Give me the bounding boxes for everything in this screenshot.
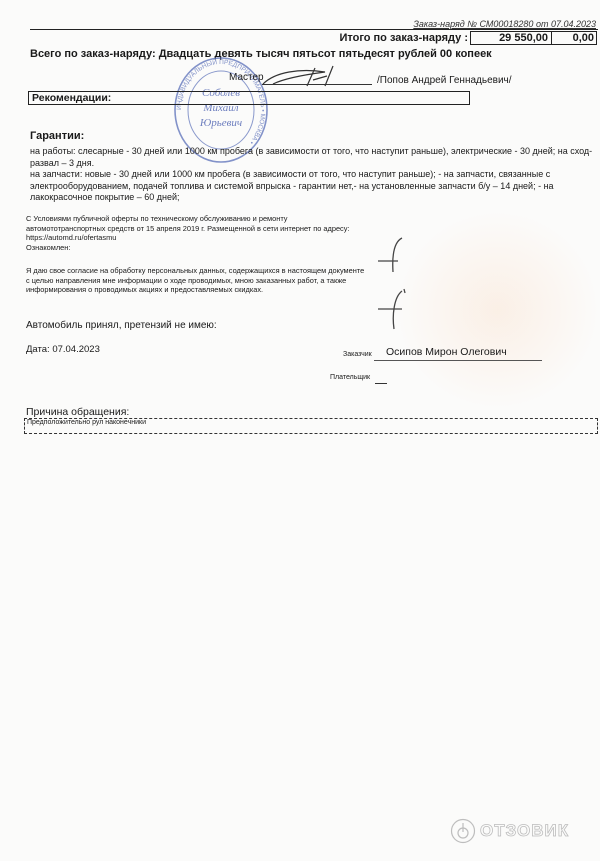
consent-text: Я даю свое согласие на обработку персона… <box>26 266 366 295</box>
guarantee-works: на работы: слесарные - 30 дней или 1000 … <box>30 146 595 169</box>
total-extra: 0,00 <box>552 31 597 45</box>
order-reference: Заказ-наряд № СМ00018280 от 07.04.2023 <box>413 19 596 29</box>
document-date: Дата: 07.04.2023 <box>26 344 100 355</box>
scan-tint <box>395 210 600 410</box>
offer-text: С Условиями публичной оферты по техничес… <box>26 214 361 243</box>
otzovik-logo-icon <box>450 818 476 844</box>
guarantees-text: на работы: слесарные - 30 дней или 1000 … <box>30 146 595 204</box>
payer-signature-line <box>375 383 387 384</box>
reason-value: Предположительно рул наконечники <box>27 419 146 426</box>
header-rule <box>30 29 598 30</box>
offer-notice: С Условиями публичной оферты по техничес… <box>26 214 361 252</box>
customer-name: Осипов Мирон Олегович <box>386 346 507 358</box>
acceptance-statement: Автомобиль принял, претензий не имею: <box>26 320 217 331</box>
recommendations-label: Рекомендации: <box>32 92 111 104</box>
customer-signature-line <box>374 360 542 361</box>
offer-acknowledged: Ознакомлен: <box>26 243 361 253</box>
payer-label: Плательщик <box>330 374 370 381</box>
master-name: /Попов Андрей Геннадьевич/ <box>377 75 512 86</box>
customer-label: Заказчик <box>343 351 372 358</box>
total-label: Итого по заказ-наряду : <box>300 32 468 44</box>
watermark-text: ОТЗОВИК <box>480 821 569 841</box>
guarantee-parts: на запчасти: новые - 30 дней или 1000 км… <box>30 169 595 204</box>
svg-text:Юрьевич: Юрьевич <box>199 117 242 129</box>
total-amount: 29 550,00 <box>470 31 552 45</box>
master-signature <box>255 62 355 90</box>
otzovik-watermark: ОТЗОВИК <box>450 818 569 844</box>
guarantees-title: Гарантии: <box>30 130 84 142</box>
reason-label: Причина обращения: <box>26 406 129 418</box>
